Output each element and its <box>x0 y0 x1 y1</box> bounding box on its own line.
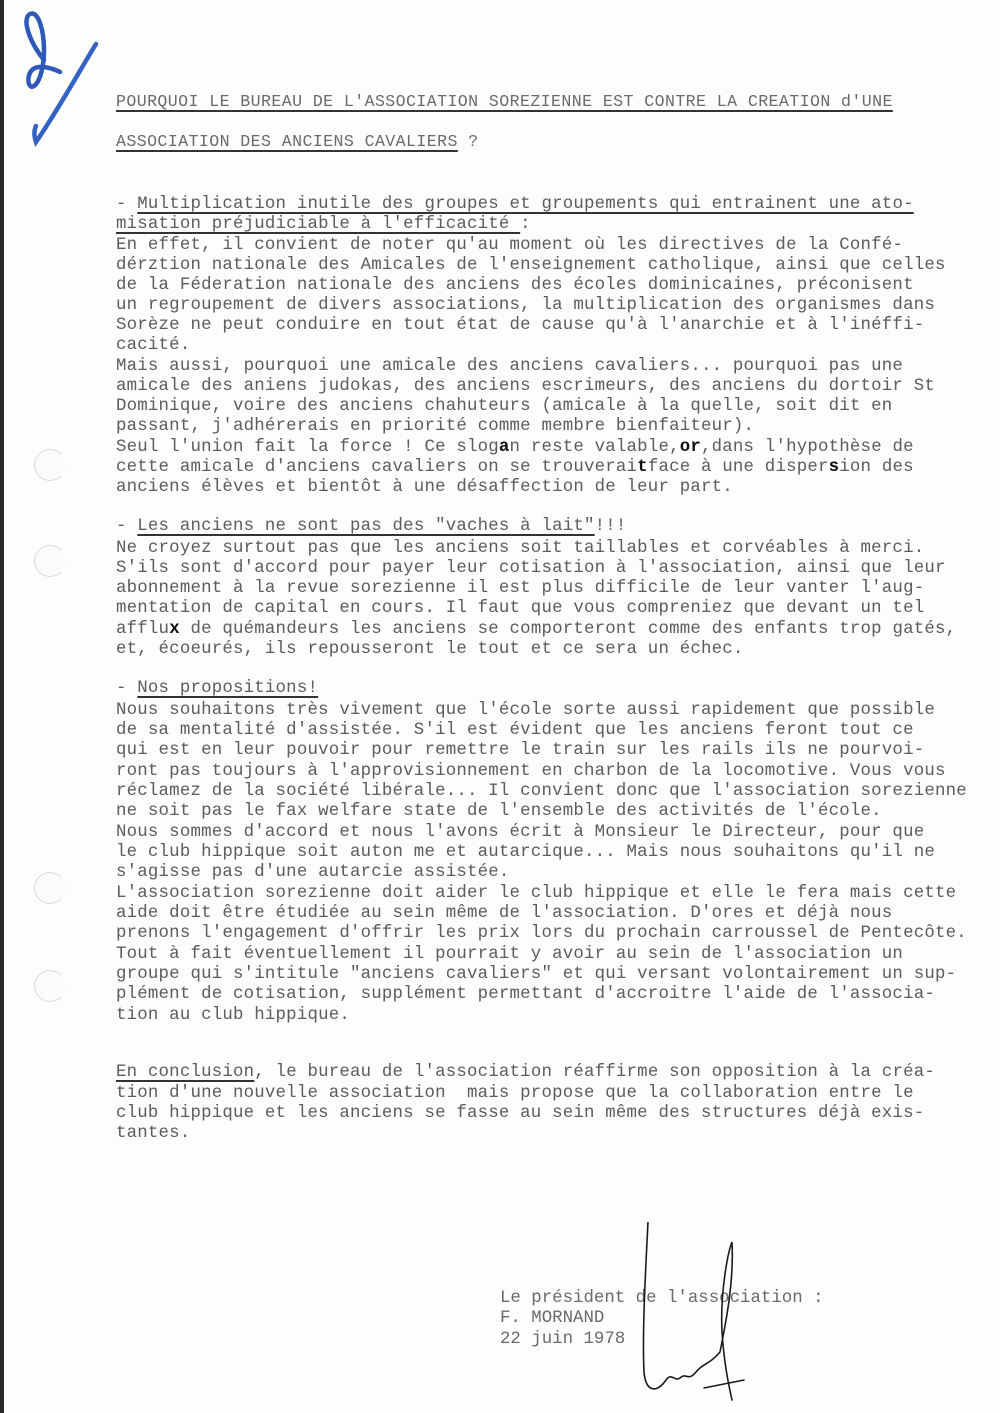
text-line: le club hippique soit auton me et autarc… <box>116 843 935 863</box>
punch-hole <box>34 872 66 904</box>
text-line: Nous sommes d'accord et nous l'avons écr… <box>116 823 924 843</box>
text-line: de sa mentalité d'assistée. S'il est évi… <box>116 721 914 741</box>
text: ,dans l'hypothèse de <box>701 438 914 457</box>
text-line: plément de cotisation, supplément permet… <box>116 985 935 1005</box>
signature-date: 22 juin 1978 <box>500 1330 625 1350</box>
ink-correction: t <box>637 458 648 477</box>
ink-correction: a <box>499 438 510 457</box>
text-line: En effet, il convient de noter qu'au mom… <box>116 236 903 256</box>
check-mark-icon <box>0 0 110 160</box>
text-line: Nous souhaitons très vivement que l'écol… <box>116 701 935 721</box>
text: Seul l'union fait la force ! Ce slog <box>116 438 499 457</box>
text-line: réclamez de la société libérale... Il co… <box>116 782 967 802</box>
text-line: prenons l'engagement d'offrir les prix l… <box>116 924 967 944</box>
section-1-heading-cont: misation préjudiciable à l'efficacité <box>116 215 520 234</box>
text-line: Sorèze ne peut conduire en tout état de … <box>116 316 924 336</box>
text: afflu <box>116 620 169 639</box>
text-line: passant, j'adhérerais en priorité comme … <box>116 417 754 437</box>
ink-correction: x <box>169 620 180 639</box>
text-line: Mais aussi, pourquoi une amicale des anc… <box>116 357 903 377</box>
text-line: dérztion nationale des Amicales de l'ens… <box>116 256 946 276</box>
text-line: L'association sorezienne doit aider le c… <box>116 884 956 904</box>
text: n reste valable, <box>510 438 680 457</box>
section-2-heading-line: - Les anciens ne sont pas des "vaches à … <box>116 517 627 537</box>
text-line: qui est en leur pouvoir pour remettre le… <box>116 741 924 761</box>
text-line: groupe qui s'intitule "anciens cavaliers… <box>116 965 956 985</box>
text: face à une disper <box>648 458 829 477</box>
text: , le bureau de l'association réaffirme s… <box>254 1063 935 1082</box>
section-2-heading: Les anciens ne sont pas des "vaches à la… <box>137 517 594 536</box>
text-line: ne soit pas le fax welfare state de l'en… <box>116 802 882 822</box>
text-line: de la Féderation nationale des anciens d… <box>116 276 914 296</box>
scan-edge <box>0 0 4 1413</box>
ink-correction: or <box>680 438 701 457</box>
text-line: S'ils sont d'accord pour payer leur coti… <box>116 559 946 579</box>
ink-correction: s <box>829 458 840 477</box>
signer-name: F. MORNAND <box>500 1309 604 1329</box>
text-line: cette amicale d'anciens cavaliers on se … <box>116 458 914 478</box>
text-line: Ne croyez surtout pas que les anciens so… <box>116 539 924 559</box>
text-line: tantes. <box>116 1124 190 1144</box>
dash: - <box>116 195 137 214</box>
text-line: mentation de capital en cours. Il faut q… <box>116 599 924 619</box>
conclusion-heading: En conclusion <box>116 1063 254 1082</box>
text-line: cacité. <box>116 336 190 356</box>
section-3-heading: Nos propositions! <box>137 679 318 698</box>
title-underlined: ASSOCIATION DES ANCIENS CAVALIERS <box>116 132 458 151</box>
text-line: un regroupement de divers associations, … <box>116 296 935 316</box>
text-line: s'agisse pas d'une autarcie assistée. <box>116 863 510 883</box>
text: de quémandeurs les anciens se comportero… <box>180 620 956 639</box>
document-page: POURQUOI LE BUREAU DE L'ASSOCIATION SORE… <box>0 0 1000 1413</box>
text-line: Dominique, voire des anciens chahuteurs … <box>116 397 892 417</box>
title-line-1: POURQUOI LE BUREAU DE L'ASSOCIATION SORE… <box>116 92 893 112</box>
text-line: tion au club hippique. <box>116 1006 350 1026</box>
colon: : <box>520 215 531 234</box>
signature-icon <box>640 1222 750 1402</box>
section-1-heading-line-2: misation préjudiciable à l'efficacité : <box>116 215 531 235</box>
text-line: tion d'une nouvelle association mais pro… <box>116 1084 914 1104</box>
title-line-2: ASSOCIATION DES ANCIENS CAVALIERS ? <box>116 132 479 152</box>
text-line: et, écoeurés, ils repousseront le tout e… <box>116 640 744 660</box>
dash: - <box>116 679 137 698</box>
text-line: ront pas toujours à l'approvisionnement … <box>116 762 946 782</box>
text: ion des <box>839 458 913 477</box>
text-line: club hippique et les anciens se fasse au… <box>116 1104 924 1124</box>
section-1-heading: Multiplication inutile des groupes et gr… <box>137 195 913 214</box>
text-line: anciens élèves et bientôt à une désaffec… <box>116 478 733 498</box>
exclamations: !!! <box>595 517 627 536</box>
text-line: Tout à fait éventuellement il pourrait y… <box>116 945 903 965</box>
conclusion-line-1: En conclusion, le bureau de l'associatio… <box>116 1063 935 1083</box>
text-line-slogan: Seul l'union fait la force ! Ce slogan r… <box>116 438 914 458</box>
text-line: amicale des aniens judokas, des anciens … <box>116 377 935 397</box>
text: cette amicale d'anciens cavaliers on se … <box>116 458 637 477</box>
title-question-mark: ? <box>458 132 479 151</box>
punch-hole <box>34 970 66 1002</box>
punch-hole <box>34 449 66 481</box>
dash: - <box>116 517 137 536</box>
section-3-heading-line: - Nos propositions! <box>116 679 318 699</box>
punch-hole <box>34 545 66 577</box>
section-1-heading-line-1: - Multiplication inutile des groupes et … <box>116 195 914 215</box>
text-line: afflux de quémandeurs les anciens se com… <box>116 620 956 640</box>
text-line: aide doit être étudiée au sein même de l… <box>116 904 892 924</box>
text-line: abonnement à la revue sorezienne il est … <box>116 579 924 599</box>
